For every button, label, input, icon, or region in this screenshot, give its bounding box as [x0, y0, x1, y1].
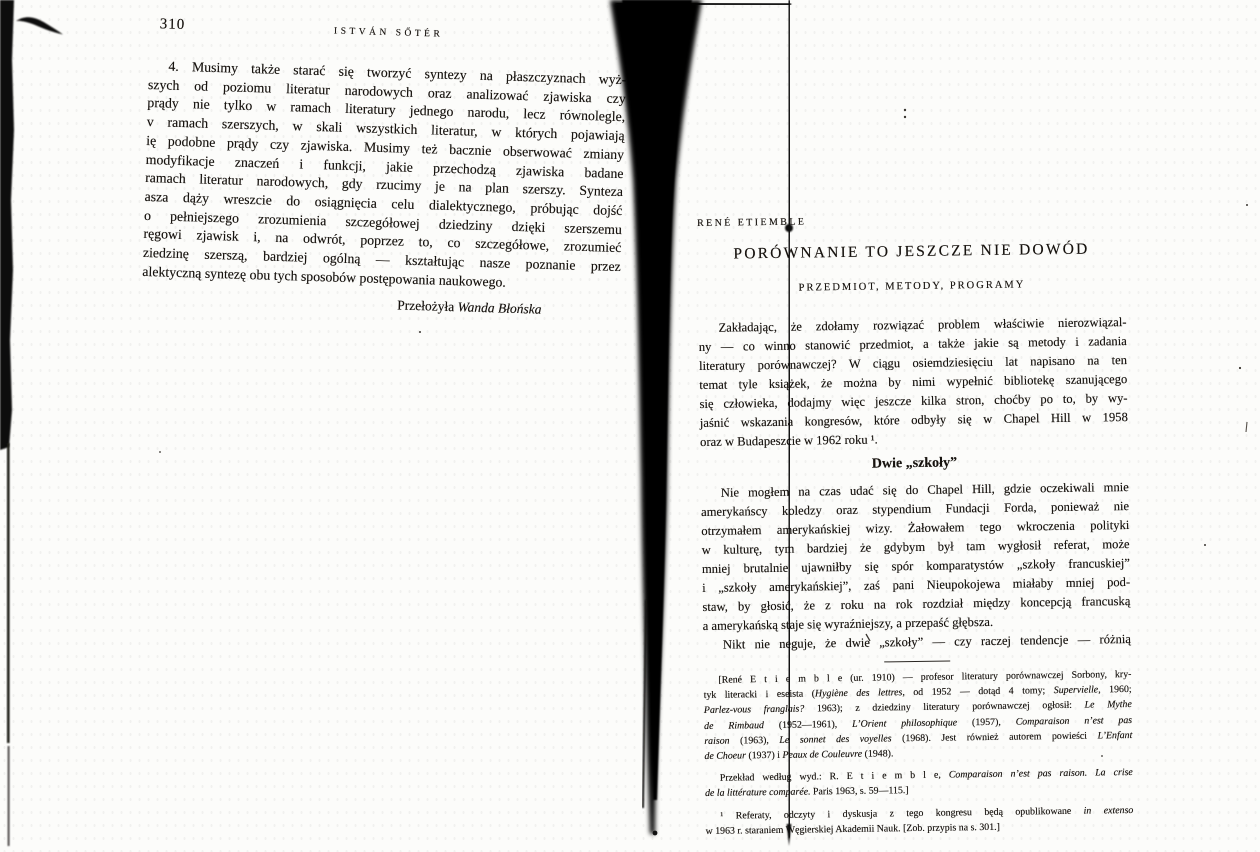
text-segment: , od 1952 — dotąd 4 tomy;: [902, 685, 1054, 698]
article-title: PORÓWNANIE TO JESZCZE NIE DOWÓD: [697, 240, 1125, 264]
text-segment: (1957),: [957, 716, 1016, 728]
text-segment: ¹ Referaty, odczyty i dyskusja z tego ko…: [720, 805, 1083, 821]
gutter-top-line: [616, 4, 791, 5]
footnote-rule: [884, 661, 950, 663]
text-segment: Paris 1963, s. 59—115.]: [810, 786, 908, 798]
left-page-paragraph: 4. Musimy także starać się tworzyć synte…: [142, 57, 626, 296]
running-header: ISTVÁN SŐTÉR: [150, 21, 628, 45]
text-segment: raison: [704, 735, 729, 746]
text-segment: Przełożyła: [397, 298, 458, 315]
section-heading: Dwie „szkoły”: [700, 451, 1128, 477]
footnote-edition: Przekład według wyd.: R. E t i e m b l e…: [705, 765, 1133, 801]
left-edge-strip: [0, 0, 14, 846]
body-paragraph: Nie mogłem na czas udać się do Chapel Hi…: [701, 478, 1131, 636]
text-segment: Wanda Błońska: [457, 300, 541, 317]
text-segment: de la littérature comparée.: [705, 787, 811, 799]
text-segment: 1963); z dziedziny literatury porównawcz…: [804, 700, 1085, 715]
text-segment: Le sonnet des voyelles: [779, 733, 891, 746]
text-segment: L’Enfant: [1097, 730, 1132, 741]
text-segment: (1968). Jest również autorem powieści: [891, 730, 1097, 744]
article-subtitle: PRZEDMIOT, METODY, PROGRAMY: [698, 277, 1126, 296]
text-segment: (1952—1961),: [764, 718, 852, 730]
translator-signature: Przełożyła Wanda Błońska: [141, 290, 619, 320]
text-segment: Supervielle: [1054, 685, 1099, 697]
text-segment: (1948).: [862, 748, 893, 759]
footnote-bio: [René E t i e m b l e (ur. 1910) — profe…: [703, 667, 1132, 764]
text-segment: L’Orient philosophique: [852, 717, 957, 729]
text-segment: (1937) i: [746, 750, 783, 762]
text-segment: de Rimbaud: [704, 720, 764, 732]
right-page: RENÉ ETIEMBLE PORÓWNANIE TO JESZCZE NIE …: [697, 212, 1134, 839]
intro-paragraph: Zakładając, że zdołamy rozwiązać problem…: [698, 313, 1128, 452]
footnote-1: ¹ Referaty, odczyty i dyskusja z tego ko…: [705, 803, 1133, 839]
text-segment: Parlez-vous franglais?: [704, 704, 805, 716]
text-segment: in extenso: [1084, 805, 1134, 817]
text-segment: tyk literacki i eseista (: [704, 689, 815, 702]
text-segment: w 1963 r. staraniem Węgierskiej Akademii…: [705, 822, 999, 837]
left-page: 310 ISTVÁN SŐTÉR 4. Musimy także starać …: [141, 16, 627, 320]
text-segment: Hygiène des lettres: [815, 687, 903, 699]
text-segment: Comparaison n’est pas raison. La crise: [949, 767, 1133, 781]
author-name: RENÉ ETIEMBLE: [697, 212, 1125, 230]
text-segment: de Choeur: [704, 750, 746, 762]
text-segment: Comparaison n’est pas: [1016, 715, 1133, 728]
text-segment: Peaux de Couleuvre: [782, 749, 862, 761]
left-page-header: 310 ISTVÁN SŐTÉR: [149, 16, 627, 48]
text-segment: , 1960;: [1098, 684, 1132, 695]
text-segment: Le Mythe: [1085, 699, 1132, 711]
text-segment: (1963),: [729, 735, 779, 747]
pen-mark: [16, 17, 63, 34]
text-segment: Przekład według wyd.: R. E t i e m b l e…: [720, 770, 949, 784]
